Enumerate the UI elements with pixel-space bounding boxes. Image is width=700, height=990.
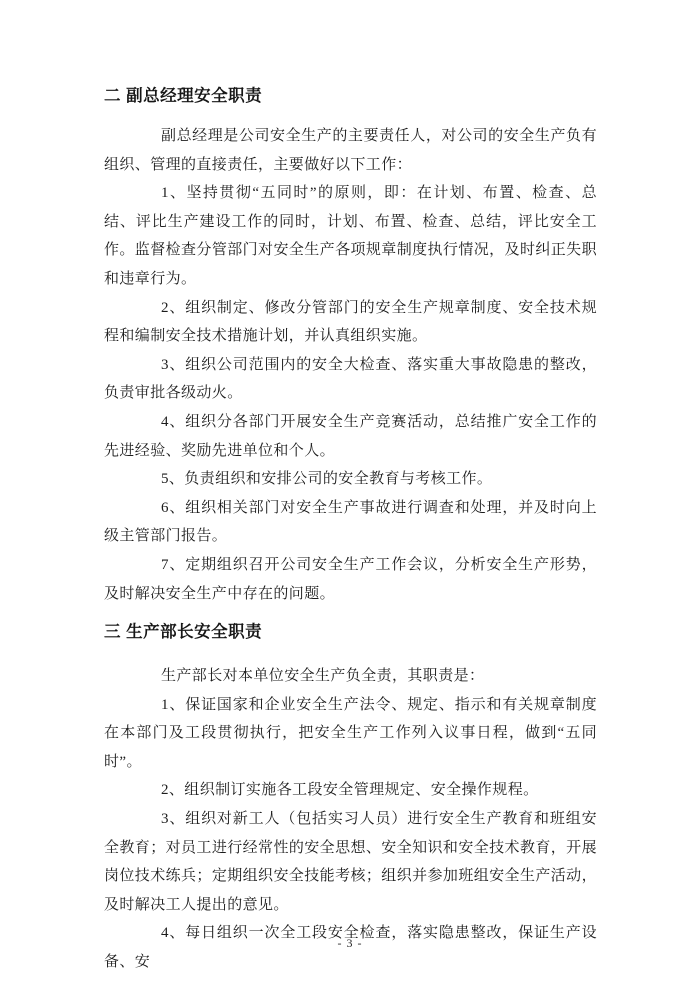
document-page: 二 副总经理安全职责 副总经理是公司安全生产的主要责任人，对公司的安全生产负有组…	[0, 0, 700, 990]
page-number: - 3 -	[0, 936, 700, 951]
paragraph-item-6: 6、组织相关部门对安全生产事故进行调查和处理，并及时向上级主管部门报告。	[104, 494, 597, 551]
paragraph-item-2: 2、组织制订实施各工段安全管理规定、安全操作规程。	[104, 776, 597, 805]
page-content: 二 副总经理安全职责 副总经理是公司安全生产的主要责任人，对公司的安全生产负有组…	[104, 86, 597, 977]
paragraph-item-3: 3、组织公司范围内的安全大检查、落实重大事故隐患的整改，负责审批各级动火。	[104, 351, 597, 408]
paragraph-item-5: 5、负责组织和安排公司的安全教育与考核工作。	[104, 465, 597, 494]
paragraph-item-2: 2、组织制定、修改分管部门的安全生产规章制度、安全技术规程和编制安全技术措施计划…	[104, 294, 597, 351]
paragraph-item-1: 1、保证国家和企业安全生产法令、规定、指示和有关规章制度在本部门及工段贯彻执行，…	[104, 691, 597, 777]
section-heading: 三 生产部长安全职责	[104, 622, 597, 642]
paragraph-intro: 副总经理是公司安全生产的主要责任人，对公司的安全生产负有组织、管理的直接责任，主…	[104, 122, 597, 179]
paragraph-item-7: 7、定期组织召开公司安全生产工作会议，分析安全生产形势，及时解决安全生产中存在的…	[104, 551, 597, 608]
paragraph-item-3: 3、组织对新工人（包括实习人员）进行安全生产教育和班组安全教育；对员工进行经常性…	[104, 805, 597, 919]
paragraph-intro: 生产部长对本单位安全生产负全责，其职责是：	[104, 662, 597, 691]
paragraph-item-4: 4、组织分各部门开展安全生产竞赛活动，总结推广安全工作的先进经验、奖励先进单位和…	[104, 408, 597, 465]
section-production-chief-duties: 三 生产部长安全职责 生产部长对本单位安全生产负全责，其职责是： 1、保证国家和…	[104, 622, 597, 977]
section-deputy-gm-duties: 二 副总经理安全职责 副总经理是公司安全生产的主要责任人，对公司的安全生产负有组…	[104, 86, 597, 608]
section-heading: 二 副总经理安全职责	[104, 86, 597, 106]
paragraph-item-1: 1、坚持贯彻“五同时”的原则，即：在计划、布置、检查、总结、评比生产建设工作的同…	[104, 179, 597, 293]
